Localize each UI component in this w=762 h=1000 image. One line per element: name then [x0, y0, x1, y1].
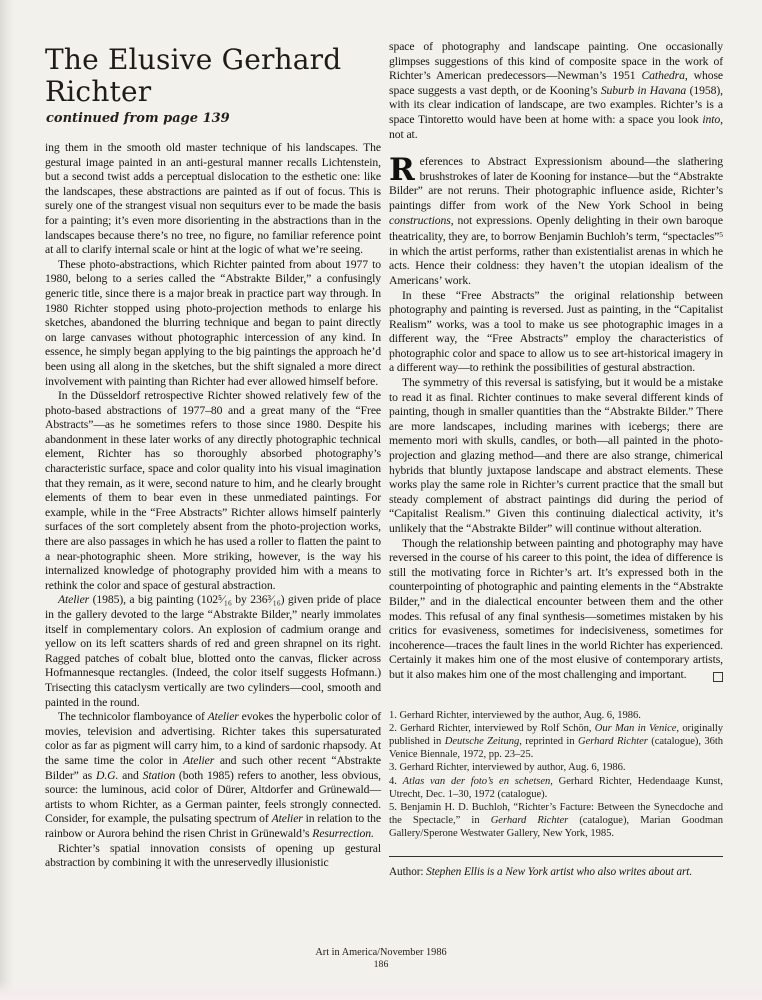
paragraph: 4. Atlas van der foto’s en schetsen, Ger…	[389, 775, 723, 801]
paragraph: References to Abstract Expressionism abo…	[389, 155, 723, 288]
text-run: Stephen Ellis is a New York artist who a…	[426, 866, 692, 878]
paragraph: Though the relationship between painting…	[389, 537, 723, 683]
paragraph: The technicolor flamboyance of Atelier e…	[45, 710, 381, 841]
paragraph: Author: Stephen Ellis is a New York arti…	[389, 865, 723, 879]
author-divider-rule	[389, 856, 723, 857]
continued-from-note: continued from page 139	[46, 111, 381, 126]
text-run: Suburb in Havana	[601, 84, 686, 97]
text-run: Author:	[389, 866, 426, 878]
text-run: D.G.	[96, 769, 118, 782]
paragraph: 2. Gerhard Richter, interviewed by Rolf …	[389, 722, 723, 762]
paragraph: ing them in the smooth old master techni…	[45, 141, 381, 258]
page-edge-shadow	[0, 0, 14, 1000]
text-run: (1985), a big painting (102⁵⁄₁₆ by 236³⁄…	[45, 593, 381, 708]
text-run: Atelier	[208, 710, 239, 723]
text-run: Deutsche Zeitung	[445, 736, 519, 747]
text-run: In these “Free Abstracts” the original r…	[389, 289, 723, 375]
paragraph: Richter’s spatial innovation consists of…	[45, 842, 381, 871]
text-run: into	[702, 113, 720, 126]
right-column-body: space of photography and landscape paint…	[389, 40, 723, 683]
paragraph: space of photography and landscape paint…	[389, 40, 723, 142]
text-run: 4.	[389, 776, 403, 787]
text-run: and	[118, 769, 142, 782]
text-run: Station	[143, 769, 175, 782]
paragraph: In these “Free Abstracts” the original r…	[389, 289, 723, 377]
text-run: Atelier	[58, 593, 89, 606]
paragraph: 5. Benjamin H. D. Buchloh, “Richter’s Fa…	[389, 801, 723, 841]
author-note: Author: Stephen Ellis is a New York arti…	[389, 865, 723, 879]
text-run: Our Man in Venice	[595, 723, 677, 734]
paragraph: 1. Gerhard Richter, interviewed by the a…	[389, 709, 723, 722]
text-run: 3. Gerhard Richter, interviewed by autho…	[389, 762, 625, 773]
end-of-article-mark	[713, 672, 723, 682]
text-run: Richter’s spatial innovation consists of…	[45, 842, 381, 870]
right-column: space of photography and landscape paint…	[389, 40, 723, 879]
text-run: in which the artist performs, rather tha…	[389, 245, 723, 287]
page-number: 186	[0, 959, 762, 970]
paragraph: 3. Gerhard Richter, interviewed by autho…	[389, 761, 723, 774]
article-header: The Elusive Gerhard Richter continued fr…	[45, 44, 381, 126]
article-title: The Elusive Gerhard Richter	[45, 44, 381, 108]
page-footer: Art in America/November 1986 186	[0, 947, 762, 970]
text-run: Atelier	[272, 812, 303, 825]
text-run: eferences to Abstract Expressionism abou…	[389, 155, 723, 212]
text-run: 1. Gerhard Richter, interviewed by the a…	[389, 710, 641, 721]
text-run: ing them in the smooth old master techni…	[45, 141, 381, 256]
text-run: These photo-abstractions, which Richter …	[45, 258, 381, 388]
left-column: The Elusive Gerhard Richter continued fr…	[45, 44, 381, 871]
text-run: Though the relationship between painting…	[389, 537, 723, 681]
page-bottom-edge	[0, 980, 762, 1000]
text-run: constructions	[389, 214, 451, 227]
footnotes-section: 1. Gerhard Richter, interviewed by the a…	[389, 709, 723, 841]
paragraph: In the Düsseldorf retrospective Richter …	[45, 389, 381, 593]
text-run: , reprinted in	[519, 736, 578, 747]
footnote-reference: 5	[719, 230, 723, 239]
paragraph: These photo-abstractions, which Richter …	[45, 258, 381, 389]
text-run: The technicolor flamboyance of	[58, 710, 208, 723]
text-run: The symmetry of this reversal is satisfy…	[389, 376, 723, 535]
paragraph: Atelier (1985), a big painting (102⁵⁄₁₆ …	[45, 593, 381, 710]
text-run: Cathedra	[641, 69, 684, 82]
text-run: In the Düsseldorf retrospective Richter …	[45, 389, 381, 592]
left-column-body: ing them in the smooth old master techni…	[45, 141, 381, 871]
text-run: 2. Gerhard Richter, interviewed by Rolf …	[389, 723, 595, 734]
paragraph: The symmetry of this reversal is satisfy…	[389, 376, 723, 537]
text-run: Atlas van der foto’s en schetsen	[403, 776, 551, 787]
text-run: Atelier	[183, 754, 214, 767]
journal-date-line: Art in America/November 1986	[0, 947, 762, 959]
text-run: Gerhard Richter	[491, 815, 569, 826]
text-run: Gerhard Richter	[578, 736, 648, 747]
drop-cap: R	[389, 155, 420, 183]
text-run: Resurrection.	[312, 827, 374, 840]
magazine-page: { "header": { "title": "The Elusive Gerh…	[0, 0, 762, 1000]
